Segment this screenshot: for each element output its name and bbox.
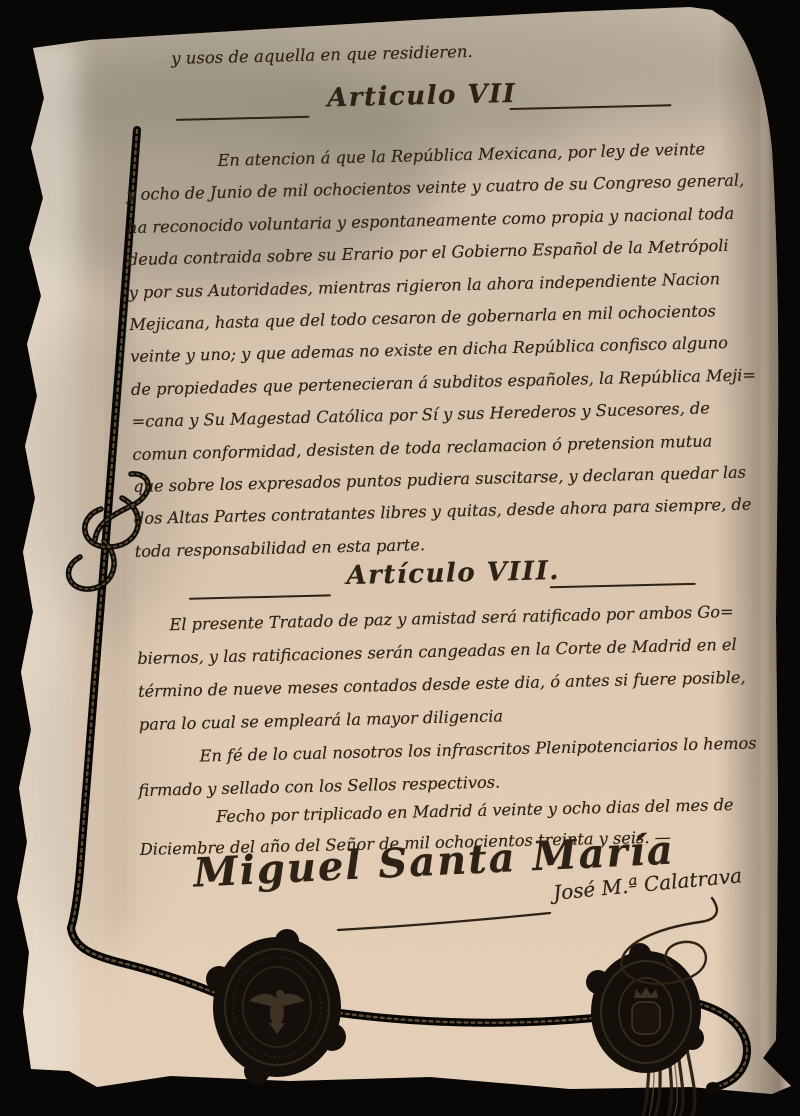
article8-heading: Artículo VIII. xyxy=(346,556,560,591)
article7-rule-left xyxy=(176,116,310,122)
article8-body: El presente Tratado de paz y amistad ser… xyxy=(136,595,747,741)
manuscript-text: y usos de aquella en que residieren. Art… xyxy=(0,0,800,1116)
carryover-line: y usos de aquella en que residieren. xyxy=(171,42,473,68)
treaty-scan-page: y usos de aquella en que residieren. Art… xyxy=(0,0,800,1116)
article7-heading: Articulo VII xyxy=(327,79,517,113)
article7-body: En atencion á que la República Mexicana,… xyxy=(125,132,760,568)
article8-rule-left xyxy=(189,594,331,600)
article8-rule-right xyxy=(550,583,696,589)
article7-rule-right xyxy=(509,104,671,110)
